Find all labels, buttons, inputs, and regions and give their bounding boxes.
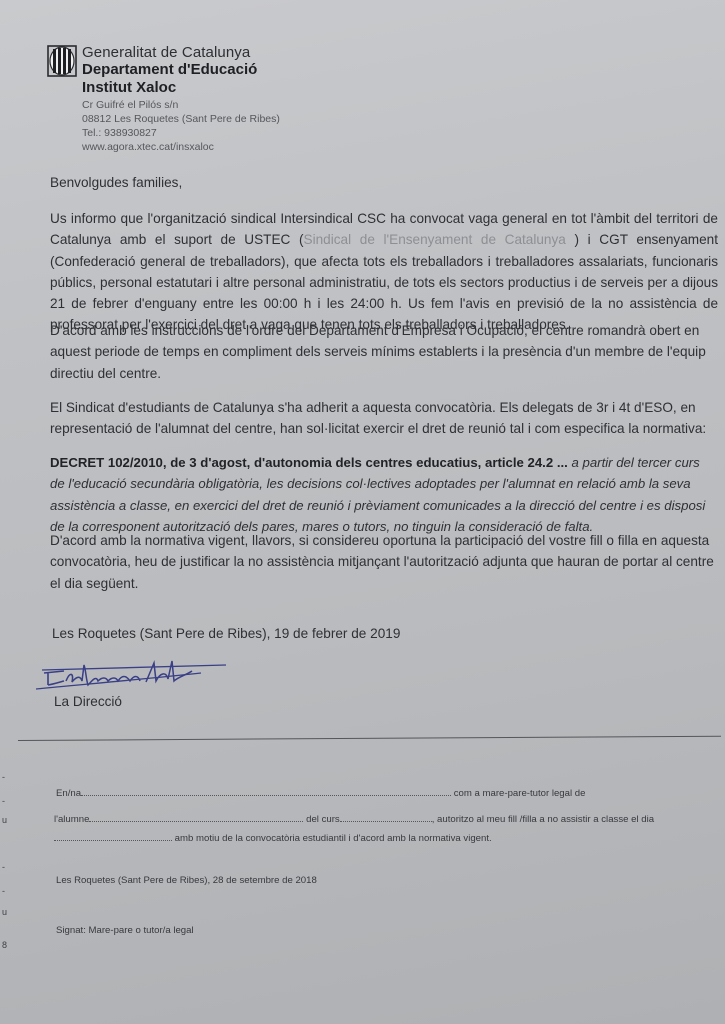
form-line-guardian: En/na com a mare-pare-tutor legal de: [56, 787, 585, 799]
course-field[interactable]: [340, 813, 432, 822]
greeting: Benvolgudes families,: [50, 172, 718, 193]
department-name: Departament d'Educació: [82, 61, 257, 78]
decree-title: DECRET 102/2010, de 3 d'agost, d'autonom…: [50, 455, 568, 470]
guardian-label: En/na: [56, 788, 81, 799]
paragraph-1-after: ) i CGT ensenyament (Confederació genera…: [50, 232, 718, 332]
ustec-full-name: Sindical de l'Ensenyament de Catalunya: [304, 232, 566, 247]
edge-mark: -: [2, 772, 5, 782]
school-name: Institut Xaloc: [82, 79, 176, 96]
absence-date-field[interactable]: [54, 832, 172, 841]
letter-page: Generalitat de Catalunya Departament d'E…: [0, 0, 725, 1024]
edge-mark: -: [2, 862, 5, 872]
course-label: del curs: [303, 814, 339, 825]
student-name-field[interactable]: [89, 813, 303, 822]
address-line-2: 08812 Les Roquetes (Sant Pere de Ribes): [82, 113, 280, 125]
paragraph-strike-notice: Us informo que l'organització sindical I…: [50, 208, 718, 336]
edge-mark: -: [2, 796, 5, 806]
edge-mark-2: u: [2, 907, 7, 917]
edge-mark-1: u: [2, 815, 7, 825]
edge-mark-3: 8: [2, 940, 7, 950]
cut-line-divider: [18, 736, 721, 741]
paragraph-student-union: El Sindicat d'estudiants de Catalunya s'…: [50, 397, 718, 440]
form-signature-label: Signat: Mare-pare o tutor/a legal: [56, 925, 194, 936]
address-line-1: Cr Guifré el Pilós s/n: [82, 99, 178, 111]
government-name: Generalitat de Catalunya: [82, 44, 250, 61]
student-label: l'alumne: [54, 814, 89, 825]
paragraph-minimum-services: D'acord amb les instruccions de l'ordre …: [50, 320, 718, 384]
edge-mark: -: [2, 886, 5, 896]
website-url: www.agora.xtec.cat/insxaloc: [82, 141, 214, 153]
phone-number: Tel.: 938930827: [82, 127, 157, 139]
guardian-name-field[interactable]: [81, 787, 451, 796]
handwritten-signature-icon: [36, 651, 236, 696]
authorization-text: , autoritzo al meu fill /filla a no assi…: [432, 814, 654, 825]
form-line-student: l'alumne del curs, autoritzo al meu fill…: [54, 813, 654, 825]
letter-place-date: Les Roquetes (Sant Pere de Ribes), 19 de…: [52, 626, 400, 641]
paragraph-authorization: D'acord amb la normativa vigent, llavors…: [50, 530, 718, 594]
signatory-title: La Direcció: [54, 694, 122, 709]
form-line-date: amb motiu de la convocatòria estudiantil…: [54, 832, 492, 844]
reason-text: amb motiu de la convocatòria estudiantil…: [172, 833, 492, 844]
guardian-suffix: com a mare-pare-tutor legal de: [451, 788, 585, 799]
form-place-date: Les Roquetes (Sant Pere de Ribes), 28 de…: [56, 875, 317, 886]
generalitat-logo-icon: [47, 45, 77, 77]
decree-citation: DECRET 102/2010, de 3 d'agost, d'autonom…: [50, 452, 718, 537]
